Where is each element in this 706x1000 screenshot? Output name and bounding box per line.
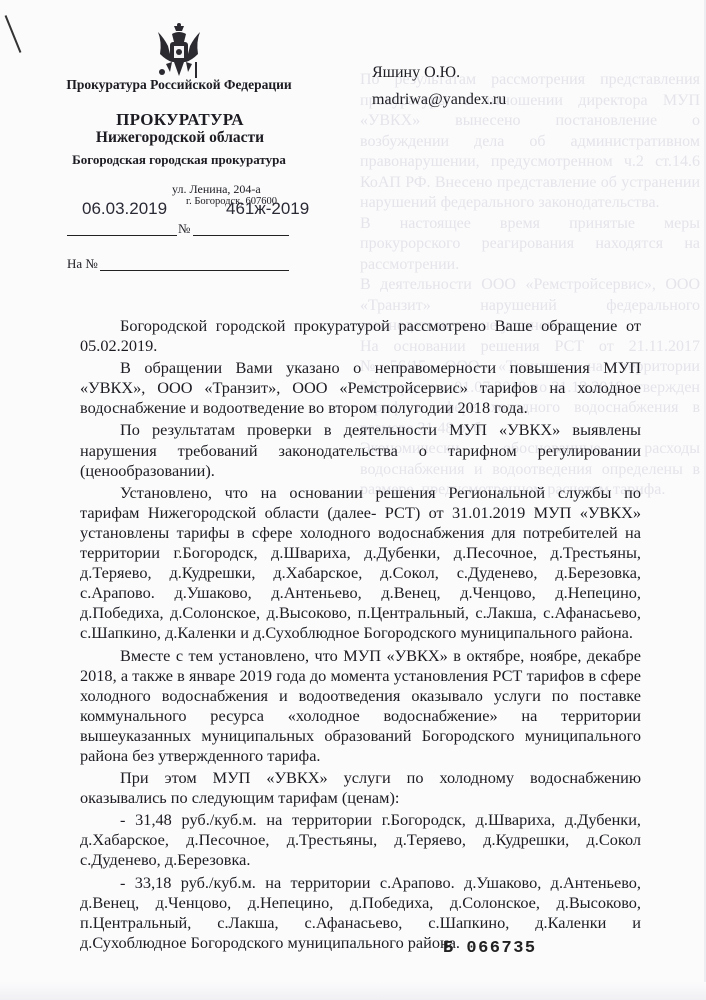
- number-line: [193, 235, 289, 236]
- reply-to-line: [100, 270, 289, 271]
- letter-body: Богородской городской прокуратурой рассм…: [80, 316, 641, 955]
- address-street: ул. Ленина, 204-а: [172, 182, 261, 197]
- date-line: [67, 235, 177, 236]
- tariff-item: - 33,18 руб./куб.м. на территории с.Арап…: [80, 873, 641, 953]
- region-heading: Нижегородской области: [80, 129, 280, 147]
- body-paragraph: Вместе с тем установлено, что МУП «УВКХ»…: [80, 646, 641, 767]
- body-paragraph: При этом МУП «УВКХ» услуги по холодному …: [80, 768, 641, 808]
- body-paragraph: В обращении Вами указано о неправомернос…: [80, 358, 641, 418]
- city-office-heading: Богородская городская прокуратура: [63, 152, 295, 168]
- recipient-email: madriwa@yandex.ru: [372, 86, 506, 113]
- coat-of-arms-icon: [150, 22, 208, 82]
- letter-date: 06.03.2019: [82, 199, 167, 219]
- recipient-name: Яшину О.Ю.: [372, 59, 506, 86]
- recipient-block: Яшину О.Ю. madriwa@yandex.ru: [372, 59, 506, 113]
- form-serial-number: Б 066735: [443, 939, 537, 958]
- body-paragraph: Установлено, что на основании решения Ре…: [80, 483, 641, 644]
- reply-to-label: На №: [67, 256, 98, 272]
- scan-shadow: [0, 982, 706, 1000]
- body-paragraph: Богородской городской прокуратурой рассм…: [80, 316, 641, 356]
- letter-number: 461ж-2019: [226, 199, 309, 219]
- pen-mark: [5, 15, 22, 53]
- federation-heading: Прокуратура Российской Федерации: [63, 77, 295, 93]
- prosecutor-title: ПРОКУРАТУРА: [80, 110, 280, 130]
- body-paragraph: По результатам проверки в деятельности М…: [80, 420, 641, 480]
- number-sign: №: [178, 221, 190, 237]
- tariff-item: - 31,48 руб./куб.м. на территории г.Бого…: [80, 810, 641, 870]
- bleed-paragraph: В настоящее время принятые меры прокурор…: [360, 214, 700, 276]
